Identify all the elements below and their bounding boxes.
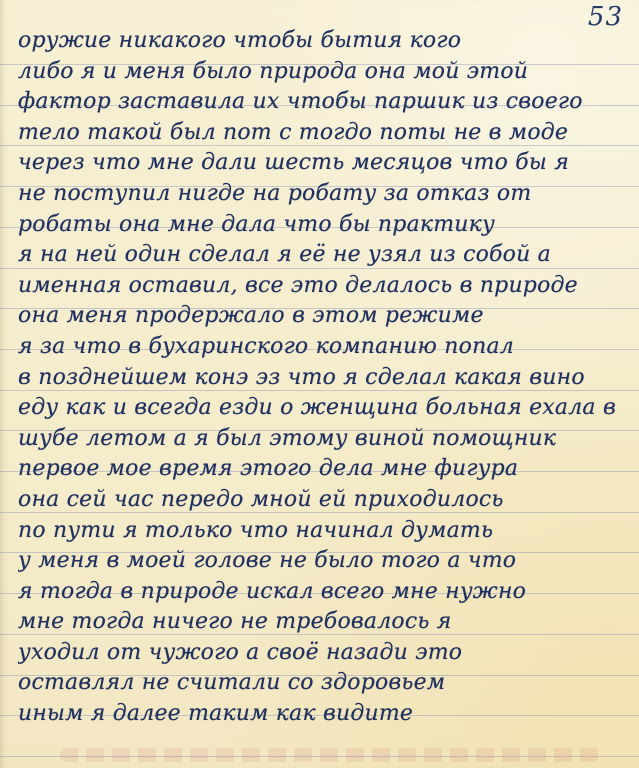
handwritten-line: фактор заставила их чтобы паршик из свое… bbox=[18, 87, 631, 118]
handwritten-line: мне тогда ничего не требовалось я bbox=[18, 607, 631, 638]
handwritten-line: еду как и всегда езди о женщина больная … bbox=[18, 393, 631, 424]
handwritten-line: оставлял не считали со здоровьем bbox=[18, 668, 631, 699]
handwritten-line: я на ней один сделал я её не узял из соб… bbox=[18, 240, 631, 271]
handwritten-line: уходил от чужого а своё назади это bbox=[18, 638, 631, 669]
handwritten-line: шубе летом а я был этому виной помощник bbox=[18, 424, 631, 455]
handwritten-line: по пути я только что начинал думать bbox=[18, 516, 631, 547]
handwritten-line: робаты она мне дала что бы практику bbox=[18, 210, 631, 241]
handwritten-line: у меня в моей голове не было того а что bbox=[18, 546, 631, 577]
handwritten-line: в позднейшем конэ эз что я сделал какая … bbox=[18, 363, 631, 394]
handwritten-text-block: оружие никакого чтобы бытия коголибо я и… bbox=[18, 26, 631, 730]
handwritten-line: оружие никакого чтобы бытия кого bbox=[18, 26, 631, 57]
handwritten-line: я тогда в природе искал всего мне нужно bbox=[18, 577, 631, 608]
handwritten-line: тело такой был пот с тогдо поты не в мод… bbox=[18, 118, 631, 149]
handwritten-line: либо я и меня было природа она мой этой bbox=[18, 57, 631, 88]
notebook-page: 53 оружие никакого чтобы бытия коголибо … bbox=[0, 0, 639, 768]
handwritten-line: она сей час передо мной ей приходилось bbox=[18, 485, 631, 516]
handwritten-line: я за что в бухаринского компанию попал bbox=[18, 332, 631, 363]
handwritten-line: иным я далее таким как видите bbox=[18, 699, 631, 730]
handwritten-line: она меня продержало в этом режиме bbox=[18, 301, 631, 332]
handwritten-line: именная оставил, все это делалось в прир… bbox=[18, 271, 631, 302]
ink-bleed-through bbox=[60, 748, 599, 762]
handwritten-line: первое мое время этого дела мне фигура bbox=[18, 454, 631, 485]
handwritten-line: через что мне дали шесть месяцов что бы … bbox=[18, 148, 631, 179]
handwritten-line: не поступил нигде на робату за отказ от bbox=[18, 179, 631, 210]
